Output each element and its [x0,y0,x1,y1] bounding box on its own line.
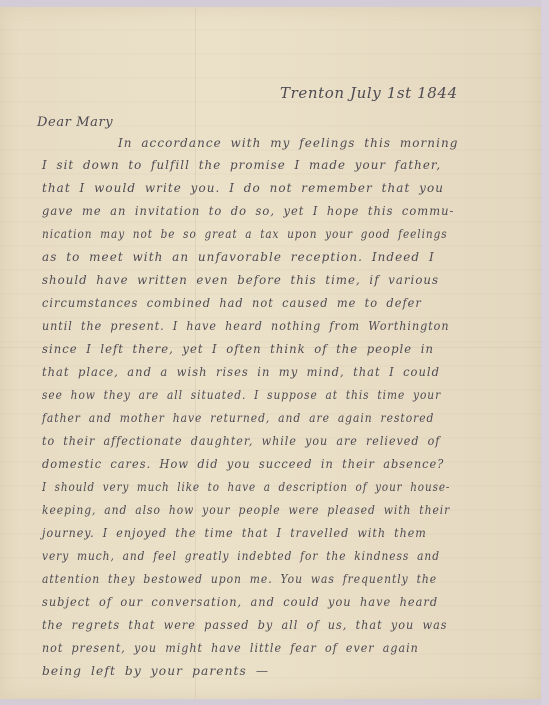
scan-edge [541,0,549,705]
letter-line: to their affectionate daughter, while yo… [42,434,440,448]
dateline: Trenton July 1st 1844 [280,84,458,102]
letter-line: journey. I enjoyed the time that I trave… [42,526,427,540]
letter-line: should have written even before this tim… [42,273,439,287]
letter-line: gave me an invitation to do so, yet I ho… [42,204,454,218]
letter-line: I should very much like to have a descri… [42,480,450,494]
letter-line: that I would write you. I do not remembe… [42,181,444,195]
letter-line: In accordance with my feelings this morn… [118,136,458,150]
letter-line: father and mother have returned, and are… [42,411,434,425]
letter-line: I sit down to fulfill the promise I made… [42,158,441,172]
letter-line: domestic cares. How did you succeed in t… [42,457,444,471]
letter-line: circumstances combined had not caused me… [42,296,422,310]
letter-line: keeping, and also how your people were p… [42,503,450,517]
letter-line: since I left there, yet I often think of… [42,342,434,356]
letter-line: being left by your parents — [42,664,269,678]
letter-line: very much, and feel greatly indebted for… [42,549,440,563]
salutation: Dear Mary [37,115,113,130]
letter-line: until the present. I have heard nothing … [42,319,450,333]
letter-line: that place, and a wish rises in my mind,… [42,365,440,379]
letter-line: subject of our conversation, and could y… [42,595,438,609]
letter-line: nication may not be so great a tax upon … [42,227,448,241]
scanned-page: Trenton July 1st 1844 Dear Mary In accor… [0,0,549,705]
letter-line: the regrets that were passed by all of u… [42,618,448,632]
letter-line: attention they bestowed upon me. You was… [42,572,437,586]
letter-line: as to meet with an unfavorable reception… [42,250,435,264]
letter-line: see how they are all situated. I suppose… [42,388,441,402]
letter-line: not present, you might have little fear … [42,641,419,655]
